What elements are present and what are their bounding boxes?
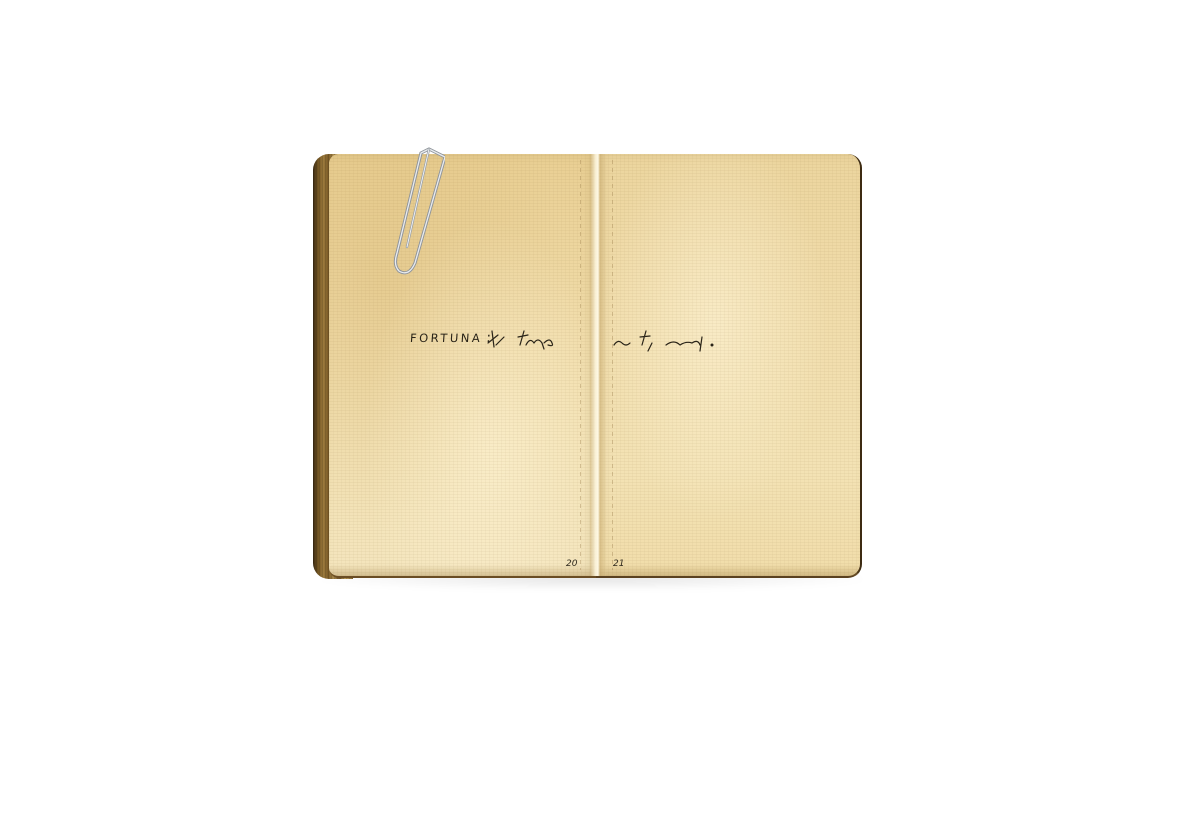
page-stain (596, 564, 860, 576)
paper-clip-icon (385, 143, 445, 278)
binding-stitch-left (580, 160, 581, 570)
left-page (329, 154, 596, 578)
page-stain (329, 564, 596, 576)
paper-texture (329, 154, 596, 576)
right-page (596, 154, 862, 578)
page-number-left: 20 (566, 559, 577, 569)
handwriting-scribble-icon (480, 323, 740, 355)
paper-texture (596, 154, 860, 576)
page-number-right: 21 (613, 559, 624, 569)
binding-stitch-right (612, 160, 613, 570)
spine-gutter (590, 154, 606, 576)
note-title: FORTUNA (410, 331, 483, 345)
photo-scene: FORTUNA: 20 21 (0, 0, 1200, 819)
